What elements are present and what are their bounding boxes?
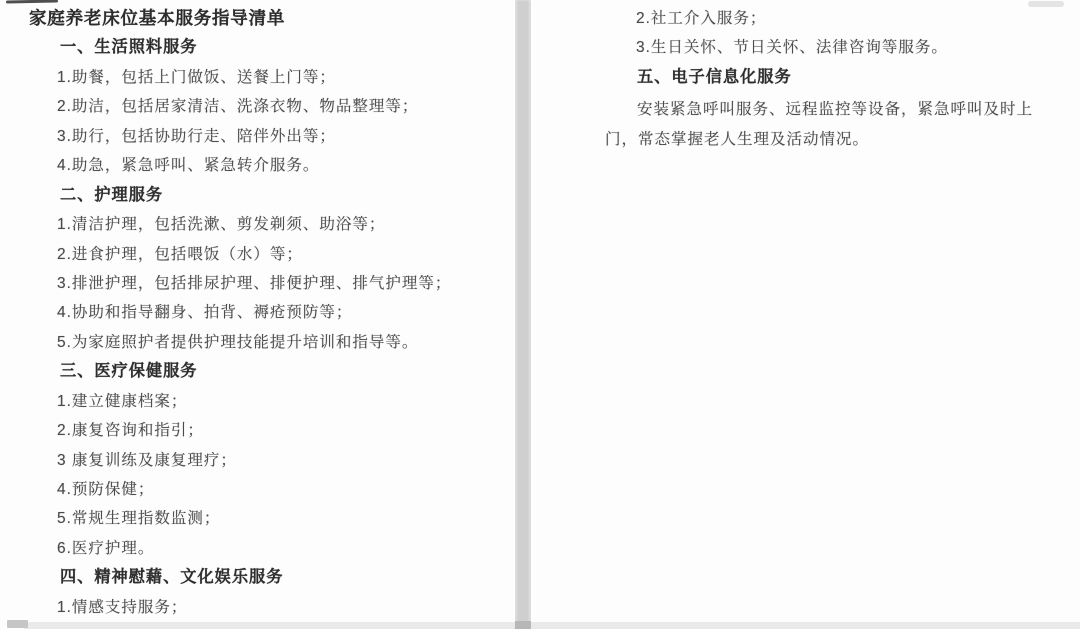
section-heading-2: 二、护理服务 (0, 181, 515, 210)
section-heading-1: 一、生活照料服务 (0, 33, 515, 62)
list-item: 6.医疗护理。 (0, 534, 515, 563)
list-item: 5.为家庭照护者提供护理技能提升培训和指导等。 (0, 328, 515, 357)
list-item: 1.助餐，包括上门做饭、送餐上门等； (0, 63, 515, 92)
left-page-text: 家庭养老床位基本服务指导清单 一、生活照料服务 1.助餐，包括上门做饭、送餐上门… (0, 4, 515, 622)
list-item: 2.助洁，包括居家清洁、洗涤衣物、物品整理等； (0, 92, 515, 121)
list-item: 4.协助和指导翻身、拍背、褥疮预防等； (0, 298, 515, 327)
section-heading-4: 四、精神慰藉、文化娱乐服务 (0, 563, 515, 592)
scan-artifact-top-right (1028, 1, 1064, 7)
list-item: 4.助急，紧急呼叫、紧急转介服务。 (0, 151, 515, 180)
scan-artifact-gutter-bottom (515, 621, 531, 629)
list-item: 2.进食护理，包括喂饭（水）等； (0, 240, 515, 269)
list-item: 3.助行，包括协助行走、陪伴外出等； (0, 122, 515, 151)
page-gutter (515, 0, 531, 629)
page-right: 2.社工介入服务； 3.生日关怀、节日关怀、法律咨询等服务。 五、电子信息化服务… (531, 0, 1080, 629)
scan-artifact-bottom-left (7, 620, 28, 628)
list-item: 3.排泄护理，包括排尿护理、排便护理、排气护理等； (0, 269, 515, 298)
document-viewer: 家庭养老床位基本服务指导清单 一、生活照料服务 1.助餐，包括上门做饭、送餐上门… (0, 0, 1080, 629)
list-item: 4.预防保健； (0, 475, 515, 504)
list-item: 1.情感支持服务； (0, 593, 515, 622)
document-title: 家庭养老床位基本服务指导清单 (0, 4, 515, 33)
page-left: 家庭养老床位基本服务指导清单 一、生活照料服务 1.助餐，包括上门做饭、送餐上门… (0, 0, 515, 629)
list-item: 2.社工介入服务； (531, 4, 1080, 33)
list-item: 1.建立健康档案； (0, 387, 515, 416)
list-item: 3.生日关怀、节日关怀、法律咨询等服务。 (531, 33, 1080, 62)
paragraph-line: 安装紧急呼叫服务、远程监控等设备，紧急呼叫及时上 (531, 95, 1080, 124)
section-heading-3: 三、医疗保健服务 (0, 357, 515, 386)
section-heading-5: 五、电子信息化服务 (531, 63, 1080, 92)
list-item: 1.清洁护理，包括洗漱、剪发剃须、助浴等； (0, 210, 515, 239)
list-item: 2.康复咨询和指引； (0, 416, 515, 445)
right-page-text: 2.社工介入服务； 3.生日关怀、节日关怀、法律咨询等服务。 五、电子信息化服务… (531, 4, 1080, 154)
paragraph-line: 门，常态掌握老人生理及活动情况。 (531, 125, 1080, 154)
list-item: 5.常规生理指数监测； (0, 504, 515, 533)
scan-artifact-bottom-strip (24, 622, 1080, 629)
list-item: 3 康复训练及康复理疗； (0, 446, 515, 475)
